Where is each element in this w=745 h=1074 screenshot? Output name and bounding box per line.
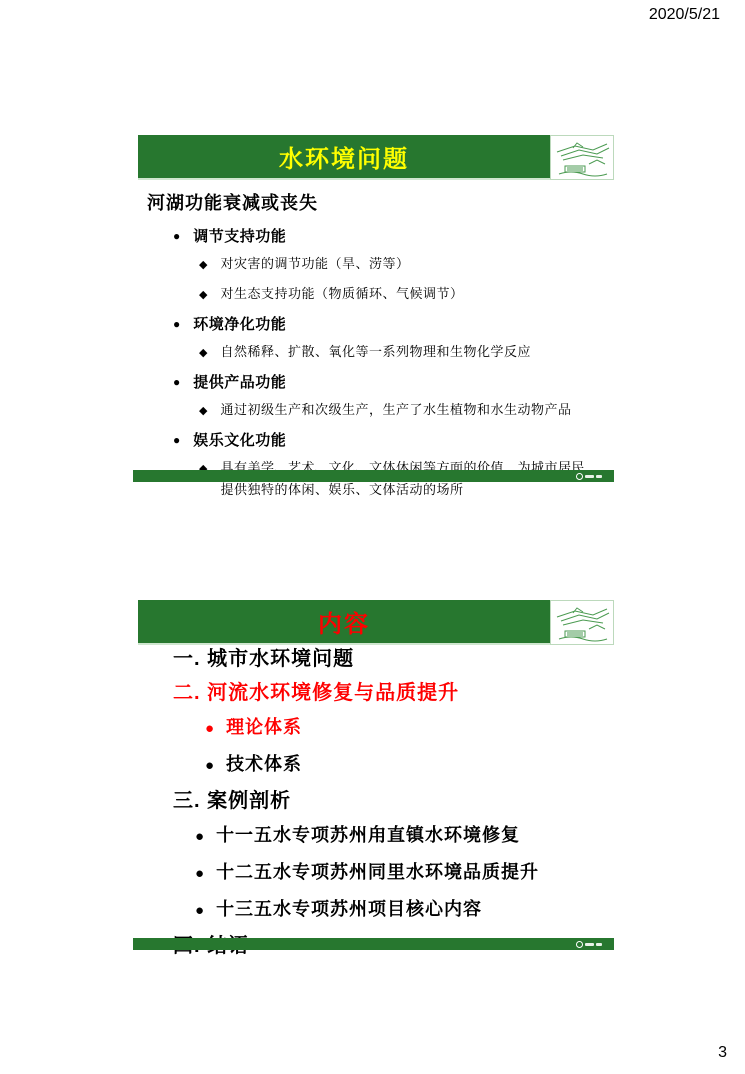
toc-subitem: ● 十三五水专项苏州项目核心内容 — [195, 898, 614, 922]
list-subitem: ◆ 对生态支持功能（物质循环、气候调节） — [199, 283, 614, 305]
slide-1-content: 河湖功能衰减或丧失 ● 调节支持功能 ◆ 对灾害的调节功能（旱、涝等） ◆ 对生… — [133, 185, 614, 509]
slide-2: 内容 一. 城市水环境问题 — [133, 600, 614, 952]
date-header: 2020/5/21 — [649, 6, 720, 24]
slide-2-title-bar: 内容 — [138, 600, 550, 645]
slide-1-title: 水环境问题 — [279, 139, 409, 174]
footer-wordmark — [596, 475, 602, 478]
slide-1-title-bar: 水环境问题 — [138, 135, 550, 180]
toc-subitem-text: 十一五水专项苏州甪直镇水环境修复 — [216, 824, 520, 846]
subitem-text: 对灾害的调节功能（旱、涝等） — [220, 253, 409, 275]
footer-brand-mark — [576, 473, 602, 480]
toc-subitem-text: 十三五水专项苏州项目核心内容 — [216, 898, 482, 920]
slide-1-footer-bar — [133, 470, 614, 482]
subitem-text: 通过初级生产和次级生产，生产了水生植物和水生动物产品 — [220, 399, 571, 421]
bullet-circle-icon: ● — [195, 863, 204, 885]
toc-subitem: ● 十一五水专项苏州甪直镇水环境修复 — [195, 824, 614, 848]
item-label: 环境净化功能 — [193, 313, 286, 334]
bullet-diamond-icon: ◆ — [199, 288, 207, 301]
list-item: ● 提供产品功能 — [173, 371, 614, 392]
item-label: 调节支持功能 — [193, 225, 286, 246]
footer-wordmark — [596, 943, 602, 946]
bullet-diamond-icon: ◆ — [199, 404, 207, 417]
toc-item: 二. 河流水环境修复与品质提升 — [173, 682, 614, 704]
toc-subitem: ● 十二五水专项苏州同里水环境品质提升 — [195, 861, 614, 885]
footer-wordmark — [585, 475, 594, 478]
slide-2-content: 一. 城市水环境问题 二. 河流水环境修复与品质提升 ● 理论体系 ● 技术体系… — [133, 648, 614, 969]
toc-subitem: ● 理论体系 — [205, 716, 614, 740]
bullet-circle-icon: ● — [195, 826, 204, 848]
slide-1-logo — [550, 135, 614, 180]
slide-1: 水环境问题 河湖功能衰减或丧失 — [133, 135, 614, 483]
toc-item: 一. 城市水环境问题 — [173, 648, 614, 670]
subitem-text: 对生态支持功能（物质循环、气候调节） — [220, 283, 463, 305]
bullet-circle-icon: ● — [173, 375, 180, 389]
bullet-diamond-icon: ◆ — [199, 258, 207, 271]
list-subitem: ◆ 通过初级生产和次级生产，生产了水生植物和水生动物产品 — [199, 399, 614, 421]
slide-2-footer-bar — [133, 938, 614, 950]
footer-ring-icon — [576, 473, 583, 480]
bullet-circle-icon: ● — [195, 900, 204, 922]
bullet-circle-icon: ● — [205, 755, 214, 777]
slide-2-title: 内容 — [318, 604, 370, 639]
landscape-sketch-icon — [553, 603, 611, 643]
item-label: 娱乐文化功能 — [193, 429, 286, 450]
slide-2-header: 内容 — [138, 600, 614, 645]
footer-brand-mark — [576, 941, 602, 948]
toc-subitem-text: 十二五水专项苏州同里水环境品质提升 — [216, 861, 539, 883]
bullet-circle-icon: ● — [173, 317, 180, 331]
subitem-text: 自然稀释、扩散、氧化等一系列物理和生物化学反应 — [220, 341, 531, 363]
toc-subitem-text: 理论体系 — [226, 716, 302, 738]
slide-2-logo — [550, 600, 614, 645]
list-item: ● 娱乐文化功能 — [173, 429, 614, 450]
slide-1-header: 水环境问题 — [138, 135, 614, 180]
bullet-circle-icon: ● — [173, 433, 180, 447]
footer-ring-icon — [576, 941, 583, 948]
page-number: 3 — [718, 1044, 727, 1062]
toc-subitem: ● 技术体系 — [205, 753, 614, 777]
item-label: 提供产品功能 — [193, 371, 286, 392]
slide-1-heading: 河湖功能衰减或丧失 — [147, 189, 614, 215]
document-page: 2020/5/21 水环境问题 — [0, 0, 745, 1074]
list-item: ● 环境净化功能 — [173, 313, 614, 334]
toc-item: 三. 案例剖析 — [173, 790, 614, 812]
bullet-diamond-icon: ◆ — [199, 346, 207, 359]
footer-wordmark — [585, 943, 594, 946]
bullet-circle-icon: ● — [173, 229, 180, 243]
bullet-circle-icon: ● — [205, 718, 214, 740]
list-item: ● 调节支持功能 — [173, 225, 614, 246]
list-subitem: ◆ 对灾害的调节功能（旱、涝等） — [199, 253, 614, 275]
list-subitem: ◆ 自然稀释、扩散、氧化等一系列物理和生物化学反应 — [199, 341, 614, 363]
toc-subitem-text: 技术体系 — [226, 753, 302, 775]
landscape-sketch-icon — [553, 138, 611, 178]
